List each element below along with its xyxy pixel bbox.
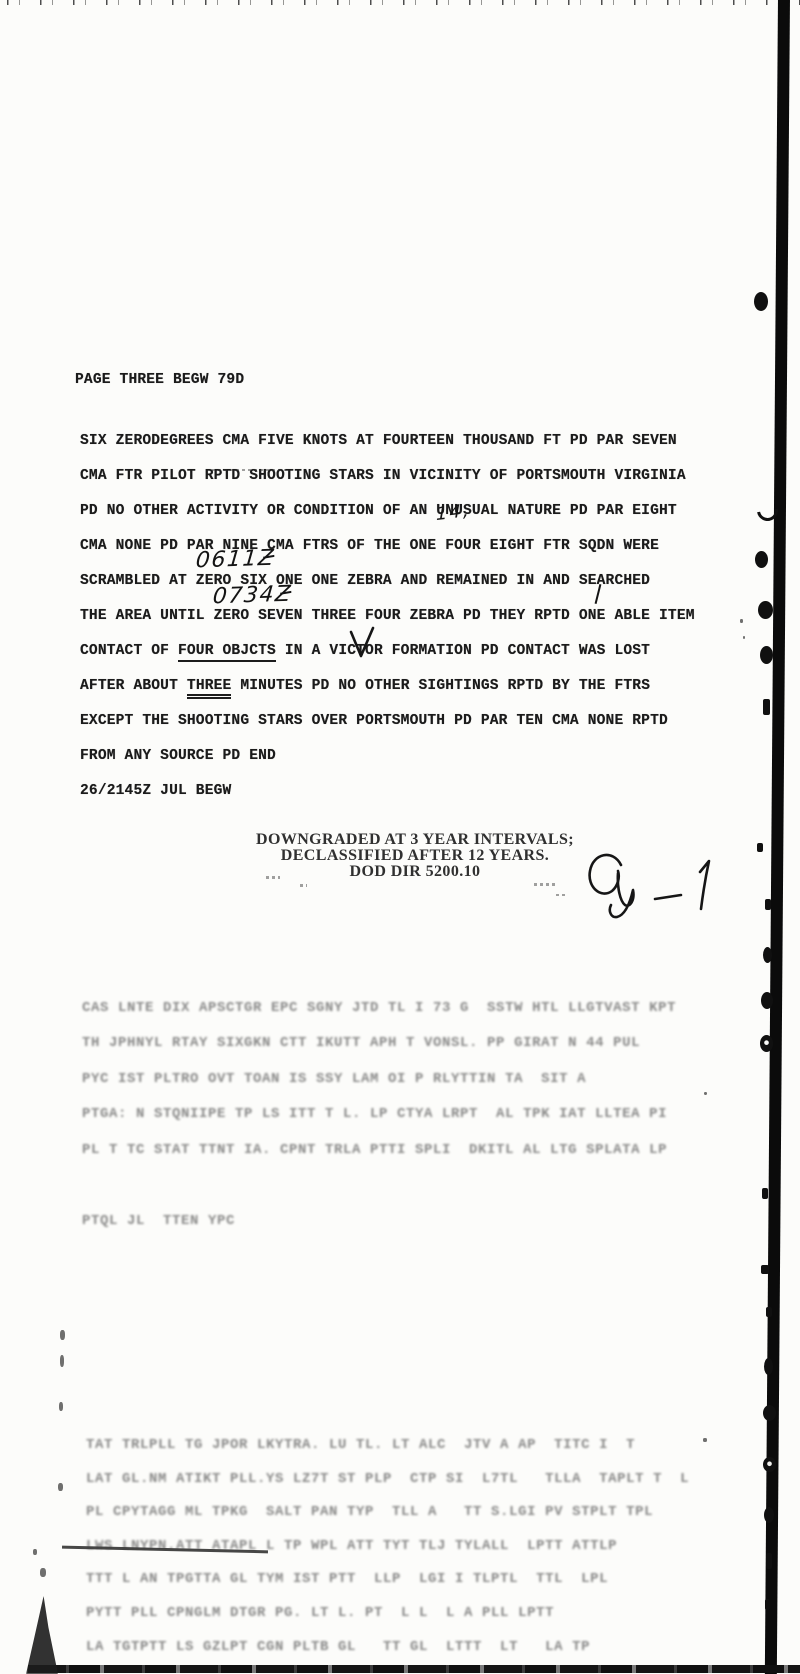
- typed-line: EXCEPT THE SHOOTING STARS OVER PORTSMOUT…: [80, 711, 668, 731]
- underlined-phrase: THREE: [187, 678, 232, 699]
- typed-line: THE AREA UNTIL ZERO SEVEN THREE FOUR ZEB…: [80, 606, 695, 626]
- typed-text: IN A VICTOR FORMATION PD CONTACT WAS LOS…: [276, 643, 650, 659]
- bleed-through-line: TAT TRLPLL TG JPOR LKYTRA. LU TL. LT ALC…: [86, 1437, 635, 1453]
- pencil-tick: [534, 883, 558, 886]
- binding-mark: [763, 947, 772, 963]
- handwritten-time-note: 0611Z: [195, 546, 276, 574]
- typed-line: SIX ZERODEGREES CMA FIVE KNOTS AT FOURTE…: [80, 431, 677, 451]
- bleed-through-line: CAS LNTE DIX APSCTGR EPC SGNY JTD TL I 7…: [82, 1000, 676, 1016]
- handwritten-time-note: 0734Z: [212, 582, 293, 610]
- typed-text: AFTER ABOUT: [80, 678, 187, 694]
- binding-mark: [755, 551, 768, 568]
- stamp-line: DECLASSIFIED AFTER 12 YEARS.: [250, 848, 580, 864]
- stamp-line: DOD DIR 5200.10: [250, 864, 580, 880]
- pencil-tick: [300, 884, 307, 887]
- bleed-through-line: LAT GL.NM ATIKT PLL.YS LZ7T ST PLP CTP S…: [86, 1471, 689, 1487]
- bleed-through-line: LWS LNYPN.ATT ATAPL L TP WPL ATT TYT TLJ…: [86, 1538, 617, 1554]
- binding-mark: [760, 646, 773, 664]
- handwritten-text: 0611Z: [195, 546, 276, 574]
- bleed-through-line: PL CPYTAGG ML TPKG SALT PAN TYP TLL A TT…: [86, 1504, 653, 1520]
- typed-text: CONTACT OF: [80, 643, 178, 659]
- ink-speck: [743, 636, 745, 639]
- bleed-through-line: PTGA: N STQNIIPE TP LS ITT T L. LP CTYA …: [82, 1106, 667, 1122]
- binding-mark: [766, 1553, 772, 1569]
- binding-mark: [760, 1035, 773, 1052]
- typed-line: 26/2145Z JUL BEGW: [80, 781, 231, 801]
- binding-mark: [761, 992, 773, 1009]
- bleed-through-line: PYC IST PLTRO OVT TOAN IS SSY LAM OI P R…: [82, 1071, 586, 1087]
- handwritten-count-note: 14,: [436, 500, 471, 525]
- pencil-tick: [266, 876, 280, 879]
- typed-line: CMA FTR PILOT RPTD SHOOTING STARS IN VIC…: [80, 466, 686, 486]
- pencil-tick: [556, 894, 566, 896]
- binding-mark: [754, 292, 768, 311]
- ink-speck: [58, 1483, 63, 1491]
- typed-line: SCRAMBLED AT ZERO SIX ONE ONE ZEBRA AND …: [80, 571, 650, 591]
- binding-mark: [762, 1188, 768, 1199]
- bleed-through-line: PL T TC STAT TTNT IA. CPNT TRLA PTTI SPL…: [82, 1142, 667, 1158]
- binding-mark: [758, 601, 773, 619]
- typed-line: PD NO OTHER ACTIVITY OR CONDITION OF AN …: [80, 501, 677, 521]
- bleed-through-line: TH JPHNYL RTAY SIXGKN CTT IKUTT APH T VO…: [82, 1035, 640, 1051]
- ink-speck: [60, 1355, 64, 1367]
- bleed-through-line: LA TGTPTT LS GZLPT CGN PLTB GL TT GL LTT…: [86, 1639, 590, 1655]
- binding-mark: [764, 1507, 774, 1523]
- page-header: PAGE THREE BEGW 79D: [75, 370, 244, 390]
- binding-mark: [763, 1457, 776, 1472]
- typed-line: CMA NONE PD PAR NINE CMA FTRS OF THE ONE…: [80, 536, 659, 556]
- ink-speck: [740, 619, 743, 623]
- ink-speck: [59, 1402, 63, 1411]
- stamp-line: DOWNGRADED AT 3 YEAR INTERVALS;: [250, 832, 580, 848]
- binding-mark: [761, 1265, 769, 1274]
- underlined-phrase: FOUR OBJCTS: [178, 643, 276, 662]
- scan-binding-edge-bar: [765, 0, 790, 1674]
- binding-mark: [764, 1358, 773, 1375]
- bleed-through-line: PYTT PLL CPNGLM DTGR PG. LT L. PT L L L …: [86, 1605, 554, 1621]
- scan-top-edge-ticks: [0, 0, 800, 5]
- handwritten-text: 0734Z: [212, 582, 293, 610]
- binding-mark: [763, 1405, 776, 1421]
- binding-mark: [766, 1307, 772, 1317]
- ink-speck: [60, 1330, 65, 1340]
- typed-line: AFTER ABOUT THREE MINUTES PD NO OTHER SI…: [80, 676, 650, 696]
- pencil-tick: [212, 469, 286, 471]
- handwritten-checkmark-icon: [348, 626, 376, 660]
- binding-mark: [765, 899, 771, 910]
- bleed-through-line: PTQL JL TTEN YPC: [82, 1213, 235, 1229]
- ink-speck: [703, 1438, 707, 1442]
- scanned-document-page: PAGE THREE BEGW 79D SIX ZERODEGREES CMA …: [0, 0, 800, 1674]
- declassification-stamp: DOWNGRADED AT 3 YEAR INTERVALS; DECLASSI…: [250, 832, 580, 880]
- typed-text: MINUTES PD NO OTHER SIGHTINGS RPTD BY TH…: [231, 678, 650, 694]
- scan-bottom-edge-band: [28, 1665, 800, 1673]
- ink-speck: [40, 1568, 46, 1577]
- bleed-through-line: TTT L AN TPGTTA GL TYM IST PTT LLP LGI I…: [86, 1571, 608, 1587]
- ink-speck: [704, 1092, 707, 1095]
- ink-speck: [33, 1549, 37, 1555]
- typed-line: FROM ANY SOURCE PD END: [80, 746, 276, 766]
- binding-mark: [757, 843, 763, 852]
- binding-mark: [763, 699, 770, 715]
- handwritten-copy-number-icon: [575, 845, 725, 930]
- binding-mark: [765, 1599, 770, 1610]
- ink-smudge: [26, 1596, 58, 1674]
